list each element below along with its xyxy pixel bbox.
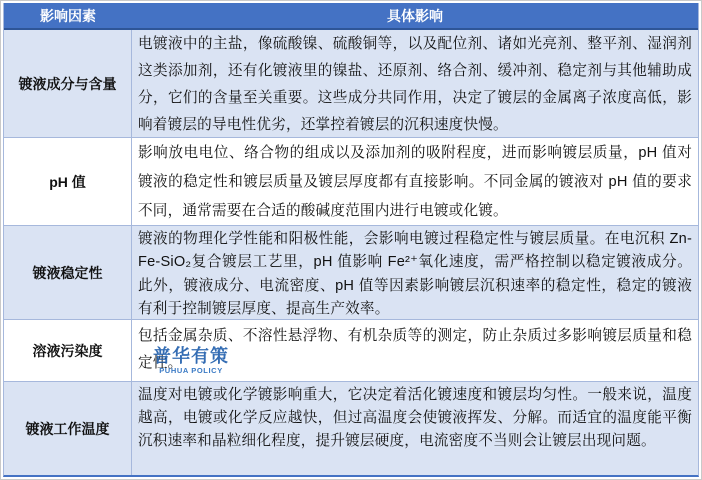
table-row: 镀液工作温度 温度对电镀或化学镀影响重大，它决定着活化镀速度和镀层均匀性。一般来…	[4, 382, 698, 475]
impact-cell: 包括金属杂质、不溶性悬浮物、有机杂质等的测定，防止杂质过多影响镀层质量和稳定性。	[132, 320, 698, 381]
table-header-row: 影响因素 具体影响	[4, 3, 698, 30]
factor-cell: 溶液污染度	[4, 320, 132, 381]
table-row: 镀液成分与含量 电镀液中的主盐，像硫酸镍、硫酸铜等，以及配位剂、诸如光亮剂、整平…	[4, 30, 698, 138]
factor-cell: pH 值	[4, 138, 132, 225]
impact-cell: 镀液的物理化学性能和阳极性能，会影响电镀过程稳定性与镀层质量。在电沉积 Zn-F…	[132, 226, 698, 319]
impact-cell: 影响放电电位、络合物的组成以及添加剂的吸附程度，进而影响镀层质量，pH 值对镀液…	[132, 138, 698, 225]
table-row: 镀液稳定性 镀液的物理化学性能和阳极性能，会影响电镀过程稳定性与镀层质量。在电沉…	[4, 226, 698, 320]
factor-cell: 镀液工作温度	[4, 382, 132, 475]
table-row: 溶液污染度 包括金属杂质、不溶性悬浮物、有机杂质等的测定，防止杂质过多影响镀层质…	[4, 320, 698, 382]
factor-cell: 镀液成分与含量	[4, 30, 132, 137]
impact-cell: 电镀液中的主盐，像硫酸镍、硫酸铜等，以及配位剂、诸如光亮剂、整平剂、湿润剂这类添…	[132, 30, 698, 137]
column-header-factor: 影响因素	[4, 3, 132, 28]
page: 影响因素 具体影响 镀液成分与含量 电镀液中的主盐，像硫酸镍、硫酸铜等，以及配位…	[0, 0, 702, 480]
factor-cell: 镀液稳定性	[4, 226, 132, 319]
column-header-impact: 具体影响	[132, 3, 698, 28]
impact-cell: 温度对电镀或化学镀影响重大，它决定着活化镀速度和镀层均匀性。一般来说，温度越高，…	[132, 382, 698, 475]
table-row: pH 值 影响放电电位、络合物的组成以及添加剂的吸附程度，进而影响镀层质量，pH…	[4, 138, 698, 226]
factors-table: 影响因素 具体影响 镀液成分与含量 电镀液中的主盐，像硫酸镍、硫酸铜等，以及配位…	[3, 3, 699, 477]
